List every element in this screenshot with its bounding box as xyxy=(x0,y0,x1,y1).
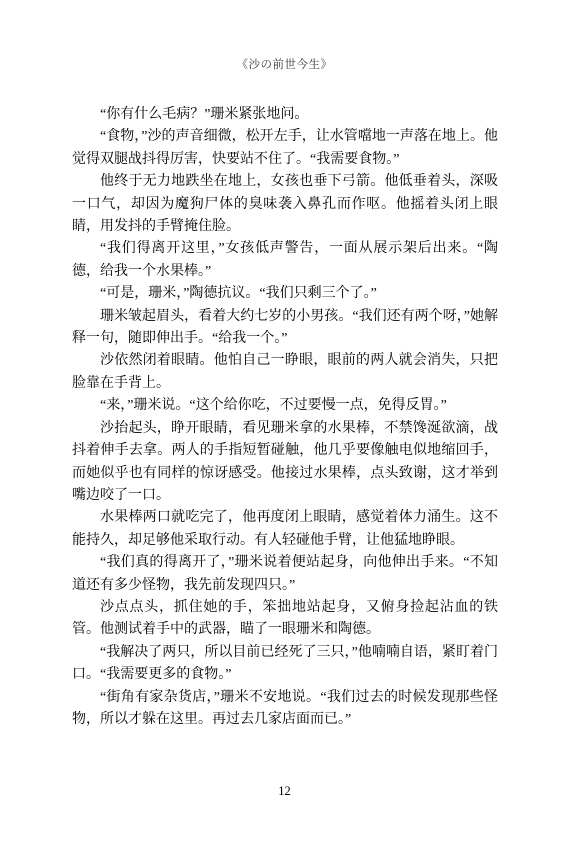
paragraph: “我解决了两只，所以目前已经死了三只，”他喃喃自语，紧盯着门口。“我需要更多的食… xyxy=(72,642,498,687)
paragraph: 沙抬起头，睁开眼睛，看见珊米拿的水果棒，不禁馋涎欲滴，战抖着伸手去拿。两人的手指… xyxy=(72,418,498,508)
paragraph: 沙点点头，抓住她的手，笨拙地站起身，又俯身捡起沾血的铁管。他测试着手中的武器，瞄… xyxy=(72,597,498,642)
paragraph: 水果棒两口就吃完了，他再度闭上眼睛，感觉着体力涌生。这不能持久，却足够他采取行动… xyxy=(72,507,498,552)
paragraph: 沙依然闭着眼睛。他怕自己一睁眼，眼前的两人就会消失，只把脸靠在手背上。 xyxy=(72,350,498,395)
book-title: 《沙の前世今生》 xyxy=(0,56,569,72)
paragraph: “我们得离开这里，”女孩低声警告，一面从展示架后出来。“陶德，给我一个水果棒。” xyxy=(72,238,498,283)
document-page: 《沙の前世今生》 “你有什么毛病？”珊米紧张地问。 “食物，”沙的声音细微，松开… xyxy=(0,0,569,853)
paragraph: 他终于无力地跌坐在地上，女孩也垂下弓箭。他低垂着头，深吸一口气，却因为魔狗尸体的… xyxy=(72,171,498,238)
paragraph: “可是，珊米，”陶德抗议。“我们只剩三个了。” xyxy=(72,283,498,305)
paragraph: 珊米皱起眉头，看着大约七岁的小男孩。“我们还有两个呀，”她解释一句，随即伸出手。… xyxy=(72,306,498,351)
paragraph: “食物，”沙的声音细微，松开左手，让水管噹地一声落在地上。他觉得双腿战抖得厉害，… xyxy=(72,126,498,171)
paragraph: “你有什么毛病？”珊米紧张地问。 xyxy=(72,104,498,126)
page-number: 12 xyxy=(0,784,569,799)
page-content: “你有什么毛病？”珊米紧张地问。 “食物，”沙的声音细微，松开左手，让水管噹地一… xyxy=(72,104,498,731)
paragraph: “来，”珊米说。“这个给你吃，不过要慢一点，免得反胃。” xyxy=(72,395,498,417)
paragraph: “街角有家杂货店，”珊米不安地说。“我们过去的时候发现那些怪物，所以才躲在这里。… xyxy=(72,687,498,732)
paragraph: “我们真的得离开了，”珊米说着便站起身，向他伸出手来。“不知道还有多少怪物，我先… xyxy=(72,552,498,597)
